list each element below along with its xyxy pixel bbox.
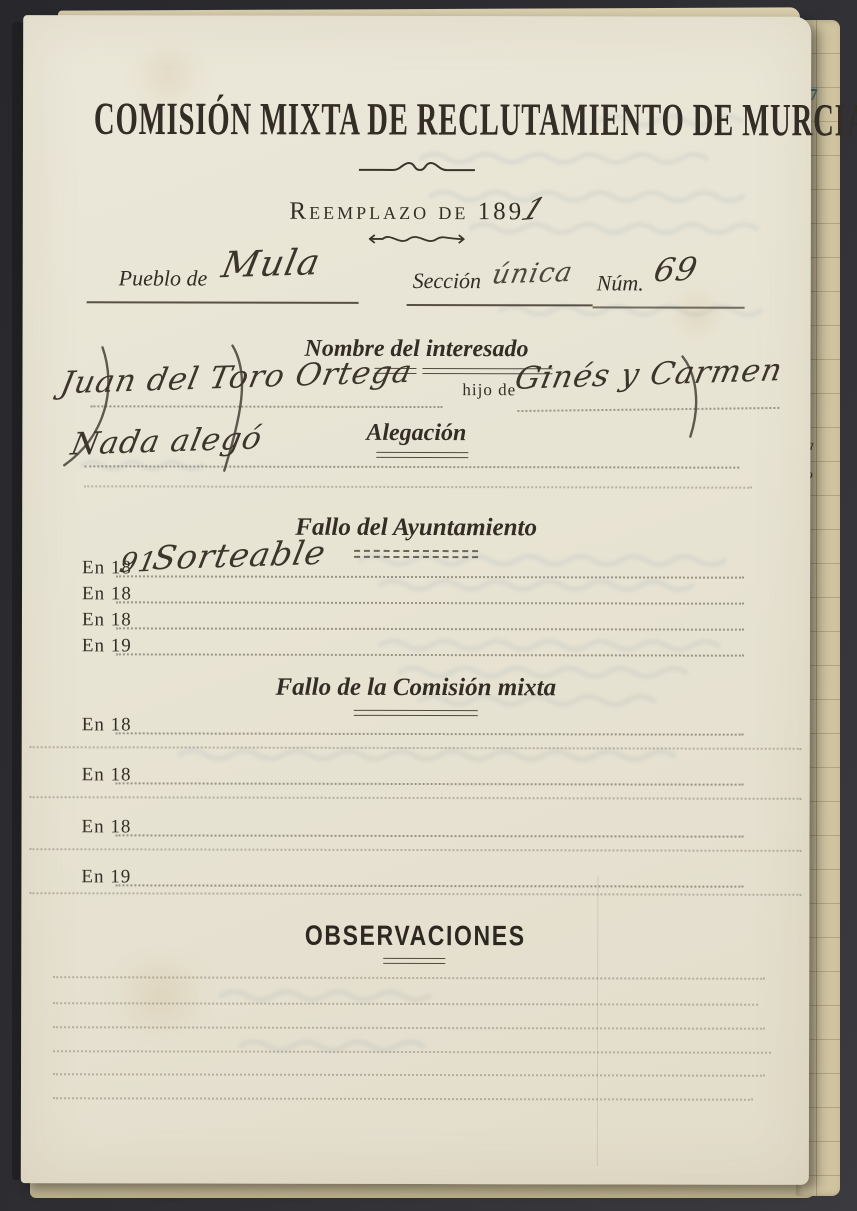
photo-background: 7 la o i (0, 0, 857, 1211)
fallo-comision-heading: Fallo de la Comisión mixta (22, 673, 810, 703)
form-page: COMISIÓN MIXTA DE RECLUTAMIENTO DE MURCI… (21, 15, 811, 1185)
fallo-ayto-value-handwritten: Sorteable (150, 533, 330, 578)
signature-flourish (21, 15, 811, 1185)
heading-underline (376, 452, 468, 458)
alegacion-value-handwritten: Nada alegó (68, 420, 266, 462)
fallo-ayuntamiento-heading: Fallo del Ayuntamiento (22, 513, 810, 543)
heading-underline (354, 550, 478, 558)
ruled-page-margin-line (816, 20, 817, 1196)
heading-underline (383, 958, 445, 964)
observaciones-heading: OBSERVACIONES (92, 919, 738, 952)
heading-underline (354, 710, 478, 716)
